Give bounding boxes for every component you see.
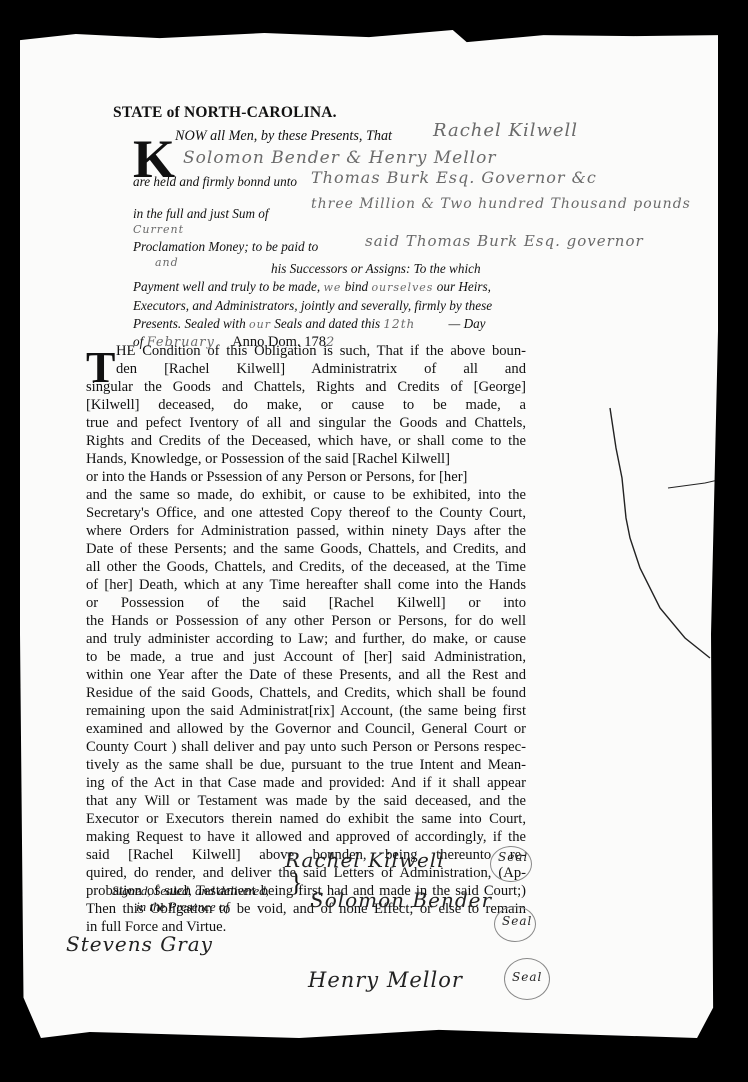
condition-line: den [Rachel Kilwell] Administratrix of a… [116, 361, 526, 378]
printed-line: Executors, and Administrators, jointly a… [133, 298, 492, 314]
printed-line: Presents. Sealed with our Seals and date… [133, 316, 486, 332]
condition-line: within one Year after the Date of these … [86, 667, 526, 684]
handwritten-sureties: Solomon Bender & Henry Mellor [183, 148, 496, 168]
condition-line: and truly administer according to Law; a… [86, 631, 526, 648]
condition-line: the Hands or Possession of any other Per… [86, 613, 526, 630]
printed-text: Presents. Sealed with [133, 316, 246, 331]
printed-line: his Successors or Assigns: To the which [271, 261, 481, 277]
condition-line: Residue of the said Goods, Chattels, and… [86, 685, 526, 702]
condition-line: Hands, Knowledge, or Possession of the s… [86, 451, 526, 468]
condition-line: and the same so made, do exhibit, or cau… [86, 487, 526, 504]
condition-line: tively as the same shall be due, pursuan… [86, 757, 526, 774]
seal-circle [504, 958, 550, 1000]
printed-text: Payment well and truly to be made, [133, 279, 320, 294]
handwritten-day: 12th [383, 317, 415, 331]
condition-line: or Possession of the said [Rachel Kilwel… [86, 595, 526, 612]
printed-line: Proclamation Money; to be paid to [133, 239, 318, 255]
signature-surety-2: Henry Mellor [308, 968, 463, 992]
condition-line: making Request to have it allowed and ap… [86, 829, 526, 846]
printed-text: — Day [449, 316, 486, 331]
handwritten-obligee: Thomas Burk Esq. Governor &c [311, 168, 597, 187]
signature-witness: Stevens Gray [66, 932, 213, 956]
condition-line: ing of the Act in that Case made and pro… [86, 775, 526, 792]
handwritten-sum: three Million & Two hundred Thousand pou… [311, 196, 691, 212]
seal-circle [490, 846, 532, 882]
condition-line: HE Condition of this Obligation is such,… [116, 343, 526, 360]
condition-line: [Kilwell] deceased, do make, or cause to… [86, 397, 526, 414]
handwritten-and: and [155, 256, 179, 269]
condition-line: Executor or Executors therein named do e… [86, 811, 526, 828]
signature-principal: Rachel Kilwell [285, 848, 445, 872]
brace-glyph: } [290, 870, 302, 896]
seal-circle [494, 906, 536, 942]
handwritten-our: our [249, 318, 271, 331]
printed-text: bind [345, 279, 368, 294]
condition-line: Rights and Credits of the Deceased, whic… [86, 433, 526, 450]
document-heading: STATE of NORTH-CAROLINA. [113, 104, 337, 122]
printed-line: NOW all Men, by these Presents, That [175, 128, 392, 145]
handwritten-current: Current [133, 223, 184, 236]
condition-line: that any Will or Testament was made by t… [86, 793, 526, 810]
printed-line: Payment well and truly to be made, we bi… [133, 279, 491, 295]
handwritten-we: we [323, 281, 341, 294]
condition-line: or into the Hands or Pssession of any Pe… [86, 469, 526, 486]
condition-line: all other the Goods, Chattels, and Credi… [86, 559, 526, 576]
condition-line: of [her] Death, which at any Time hereaf… [86, 577, 526, 594]
printed-line: are held and firmly bonnd unto [133, 174, 297, 190]
signature-surety-1: Solomon Bender [310, 888, 492, 912]
condition-line: examined and allowed by the Governor and… [86, 721, 526, 738]
printed-text: Seals and dated this [274, 316, 380, 331]
printed-text: our Heirs, [437, 279, 491, 294]
handwritten-ourselves: ourselves [371, 281, 433, 294]
paper-crack [550, 368, 720, 668]
condition-line: County Court ) shall deliver and pay unt… [86, 739, 526, 756]
condition-line: where Orders for Administration passed, … [86, 523, 526, 540]
condition-line: Secretary's Office, and one attested Cop… [86, 505, 526, 522]
signed-label: Signed, Sealed, and delivered, [112, 883, 269, 899]
condition-line: true and pefect Iventory of all and sing… [86, 415, 526, 432]
handwritten-payee: said Thomas Burk Esq. governor [365, 232, 644, 250]
condition-line: singular the Goods and Chattels, Rights … [86, 379, 526, 396]
printed-line: in the full and just Sum of [133, 206, 269, 222]
condition-line: remaining upon the said Administrat[rix]… [86, 703, 526, 720]
handwritten-principal: Rachel Kilwell [433, 120, 578, 141]
condition-line: to be made, a true and just Account of [… [86, 649, 526, 666]
condition-line: Date of these Persents; and the same Goo… [86, 541, 526, 558]
presence-label: in the Presence of [136, 899, 229, 915]
